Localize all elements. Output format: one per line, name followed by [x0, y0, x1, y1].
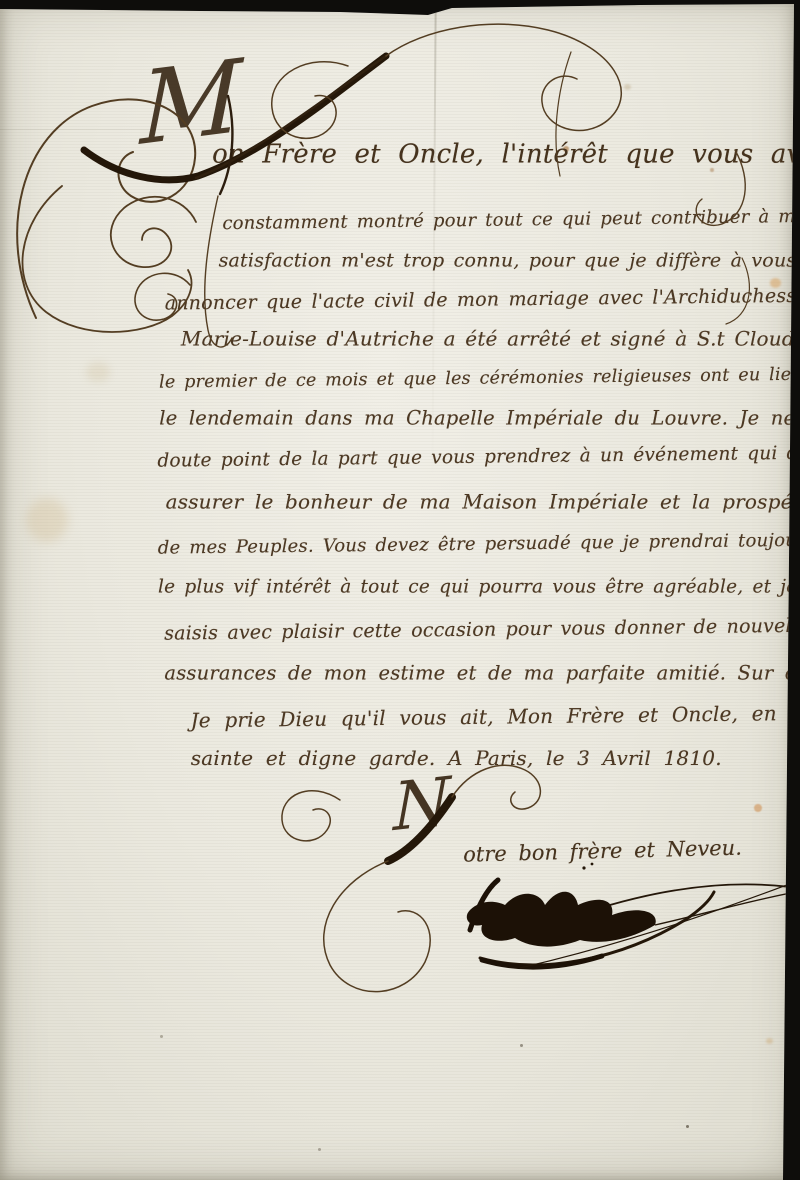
ornamental-initial-n: N — [393, 769, 451, 842]
letter-body: M on Frère et Oncle, l'intérêt que vous … — [0, 0, 800, 1180]
letter-line: de mes Peuples. Vous devez être persuadé… — [158, 530, 800, 559]
letter-line: saisis avec plaisir cette occasion pour … — [164, 615, 800, 645]
letter-line: on Frère et Oncle, l'intérêt que vous av… — [212, 139, 800, 169]
closing-line: otre bon frère et Neveu. — [463, 836, 742, 867]
letter-line: assurances de mon estime et de ma parfai… — [164, 662, 800, 685]
letter-line: assurer le bonheur de ma Maison Impérial… — [166, 490, 800, 514]
letter-line: le premier de ce mois et que les cérémon… — [159, 365, 800, 393]
scanned-letter-page: { "colors": { "paper": "#ebe9df", "ink":… — [0, 0, 800, 1180]
letter-line: Je prie Dieu qu'il vous ait, Mon Frère e… — [190, 701, 800, 733]
letter-line: sainte et digne garde. A Paris, le 3 Avr… — [191, 746, 722, 770]
letter-line: doute point de la part que vous prendrez… — [157, 443, 800, 472]
letter-line: annoncer que l'acte civil de mon mariage… — [165, 285, 800, 315]
letter-line: constamment montré pour tout ce qui peut… — [222, 206, 800, 234]
letter-line: le plus vif intérêt à tout ce qui pourra… — [158, 577, 797, 598]
paper-sheet: M on Frère et Oncle, l'intérêt que vous … — [0, 0, 800, 1180]
letter-line: Marie-Louise d'Autriche a été arrêté et … — [181, 327, 795, 351]
letter-line: le lendemain dans ma Chapelle Impériale … — [159, 407, 795, 430]
letter-line: satisfaction m'est trop connu, pour que … — [219, 250, 797, 272]
